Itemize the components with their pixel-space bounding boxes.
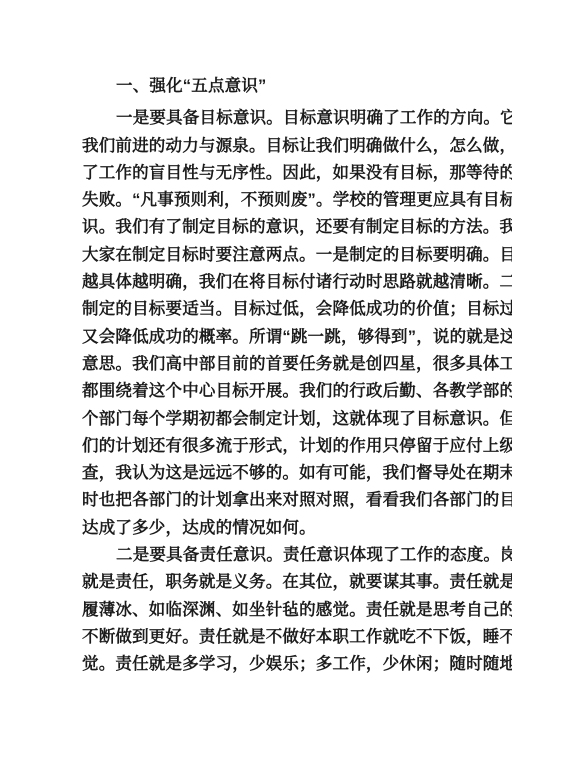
section-heading: 一、强化“五点意识” (82, 73, 512, 100)
text-line: 失败。“凡事预则利，不预则废”。学校的管理更应具有目标意 (82, 187, 512, 214)
text-line: 就是责任，职务就是义务。在其位，就要谋其事。责任就是有如 (82, 569, 512, 596)
text-line: 了工作的盲目性与无序性。因此，如果没有目标，那等待的只有 (82, 160, 512, 187)
text-line: 们的计划还有很多流于形式，计划的作用只停留于应付上级检 (82, 433, 512, 460)
text-line: 时也把各部门的计划拿出来对照对照，看看我们各部门的目标 (82, 487, 512, 514)
text-line: 达成了多少，达成的情况如何。 (82, 515, 512, 542)
text-line: 意思。我们高中部目前的首要任务就是创四星，很多具体工作 (82, 351, 512, 378)
text-line: 一是要具备目标意识。目标意识明确了工作的方向。它是 (82, 105, 512, 132)
text-line: 不断做到更好。责任就是不做好本职工作就吃不下饭，睡不好 (82, 624, 512, 651)
document-page: 一、强化“五点意识” 一是要具备目标意识。目标意识明确了工作的方向。它是 我们前… (0, 0, 586, 759)
text-line: 都围绕着这个中心目标开展。我们的行政后勤、各教学部的每 (82, 378, 512, 405)
text-line: 又会降低成功的概率。所谓“跳一跳，够得到”，说的就是这个 (82, 324, 512, 351)
text-line: 识。我们有了制定目标的意识，还要有制定目标的方法。我觉得 (82, 214, 512, 241)
text-line: 制定的目标要适当。目标过低，会降低成功的价值；目标过高， (82, 296, 512, 323)
text-line: 觉。责任就是多学习，少娱乐；多工作，少休闲；随时随地提升学 (82, 651, 512, 678)
text-line: 二是要具备责任意识。责任意识体现了工作的态度。岗位 (82, 542, 512, 569)
text-line: 个部门每个学期初都会制定计划，这就体现了目标意识。但我 (82, 406, 512, 433)
text-line: 越具体越明确，我们在将目标付诸行动时思路就越清晰。二是 (82, 269, 512, 296)
text-line: 查，我认为这是远远不够的。如有可能，我们督导处在期末督导 (82, 460, 512, 487)
document-text-block: 一、强化“五点意识” 一是要具备目标意识。目标意识明确了工作的方向。它是 我们前… (82, 73, 512, 679)
text-line: 大家在制定目标时要注意两点。一是制定的目标要明确。目标 (82, 242, 512, 269)
text-line: 我们前进的动力与源泉。目标让我们明确做什么，怎么做，避免 (82, 133, 512, 160)
text-line: 履薄冰、如临深渊、如坐针毡的感觉。责任就是思考自己的工作， (82, 597, 512, 624)
